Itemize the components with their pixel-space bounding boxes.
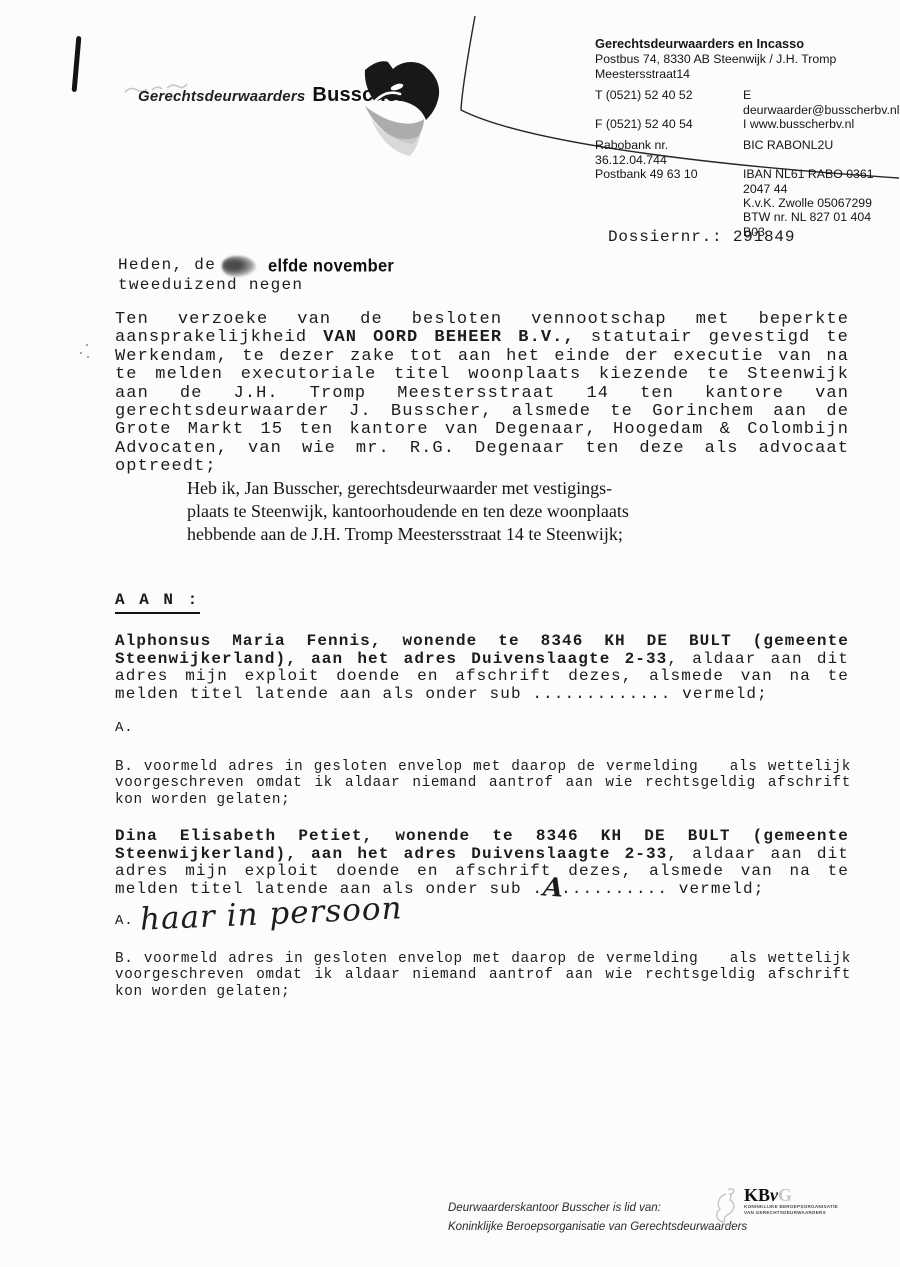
busscher-beaver-logo-icon: [350, 56, 446, 160]
date-stamp: elfde november: [268, 256, 394, 277]
sub-a-label: A.: [115, 913, 133, 929]
contact-row: T (0521) 52 40 52 E deurwaarder@busscher…: [595, 88, 890, 117]
request-paragraph: Ten verzoeke van de besloten vennootscha…: [115, 311, 849, 477]
bank-row: Rabobank nr. 36.12.04.744 BIC RABONL2U: [595, 138, 890, 167]
bank-row: Postbank 49 63 10 IBAN NL61 RABO 0361 20…: [595, 167, 890, 196]
scan-ink-stroke-artifact: [72, 36, 82, 92]
stamp-smudge-artifact: [222, 256, 256, 277]
addressee1-paragraph: Alphonsus Maria Fennis, wonende te 8346 …: [115, 633, 849, 703]
request-text-2: statutair gevestigd te Werkendam, te dez…: [115, 328, 849, 476]
footer-line: Koninklijke Beroepsorganisatie van Gerec…: [448, 1218, 747, 1237]
scan-dots-artifact: [80, 344, 90, 358]
sub-a-label: A.: [115, 720, 133, 736]
bailiff-line: Heb ik, Jan Busscher, gerechtsdeurwaarde…: [187, 477, 682, 500]
rabobank-number: Rabobank nr. 36.12.04.744: [595, 138, 743, 167]
iban-number: IBAN NL61 RABO 0361 2047 44: [743, 167, 890, 196]
footer-membership-text: Deurwaarderskantoor Busscher is lid van:…: [448, 1199, 747, 1236]
sub-b-paragraph: B. voormeld adres in gesloten envelop me…: [115, 759, 851, 808]
handwritten-a-mark: A: [543, 887, 561, 888]
office-address: Postbus 74, 8330 AB Steenwijk / J.H. Tro…: [595, 52, 890, 81]
brand-name-prefix: Gerechtsdeurwaarders: [138, 88, 305, 105]
letterhead-info-block: Gerechtsdeurwaarders en Incasso Postbus …: [595, 37, 890, 239]
kbvg-wordmark: KBvG: [744, 1186, 838, 1204]
addressee2-paragraph: Dina Elisabeth Petiet, wonende te 8346 K…: [115, 828, 849, 898]
scanned-document-page: Gerechtsdeurwaarders Busscher Gerechtsde…: [0, 0, 900, 1267]
dossier-number: Dossiernr.: 291849: [608, 228, 795, 246]
bank-row: K.v.K. Zwolle 05067299: [595, 196, 890, 210]
date-line2: tweeduizend negen: [118, 276, 303, 294]
email-address: E deurwaarder@busscherbv.nl: [743, 88, 899, 117]
kbvg-caption: VAN GERECHTSDEURWAARDERS: [744, 1210, 838, 1216]
kbvg-logo: KBvG KONINKLIJKE BEROEPSORGANISATIE VAN …: [714, 1186, 838, 1228]
contact-row: F (0521) 52 40 54 I www.busscherbv.nl: [595, 117, 890, 131]
kvk-number: K.v.K. Zwolle 05067299: [743, 196, 890, 210]
phone-number: T (0521) 52 40 52: [595, 88, 743, 117]
date-prefix: Heden, de: [118, 256, 216, 274]
postbank-number: Postbank 49 63 10: [595, 167, 743, 196]
website-url: I www.busscherbv.nl: [743, 117, 890, 131]
bailiff-line: hebbende aan de J.H. Tromp Meestersstraa…: [187, 523, 682, 546]
aan-heading: A A N :: [115, 591, 200, 614]
addressee2-text-2: .......... vermeld;: [561, 880, 764, 898]
company-name: VAN OORD BEHEER B.V.,: [323, 328, 575, 347]
bailiff-statement-block: Heb ik, Jan Busscher, gerechtsdeurwaarde…: [187, 477, 682, 547]
fax-number: F (0521) 52 40 54: [595, 117, 743, 131]
office-title: Gerechtsdeurwaarders en Incasso: [595, 37, 890, 51]
footer-line: Deurwaarderskantoor Busscher is lid van:: [448, 1199, 747, 1218]
sub-b-paragraph: B. voormeld adres in gesloten envelop me…: [115, 951, 851, 1000]
kbvg-lion-icon: [714, 1186, 742, 1228]
bailiff-line: plaats te Steenwijk, kantoorhoudende en …: [187, 500, 682, 523]
bic-code: BIC RABONL2U: [743, 138, 890, 167]
